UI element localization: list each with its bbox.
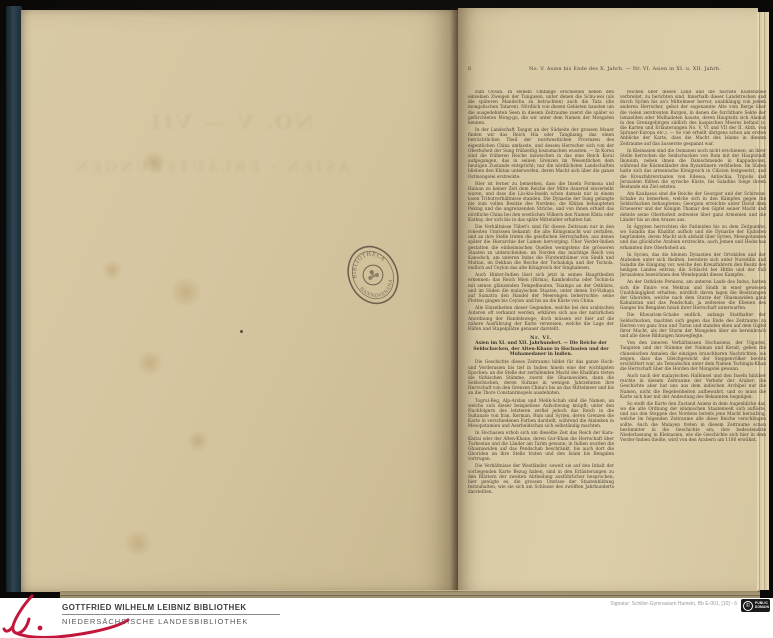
library-footer: GOTTFRIED WILHELM LEIBNIZ BIBLIOTHEK NIE… [0, 598, 773, 638]
foxing-spot [101, 260, 123, 280]
library-brand: GOTTFRIED WILHELM LEIBNIZ BIBLIOTHEK NIE… [62, 603, 292, 626]
foxing-spot [171, 275, 201, 309]
paragraph: Alle Einzelheiten dieser Gegenden, welch… [468, 306, 614, 332]
stamp-graphic: BIBLIOTHECA HANNOVERANA [336, 235, 410, 315]
section-heading: Nr. VI. Asien im XI. und XII. Jahrhunder… [468, 336, 614, 357]
brand-line1: GOTTFRIED WILHELM LEIBNIZ BIBLIOTHEK [62, 603, 292, 612]
paragraph: In Kleinasien sind die Osmanen noch nich… [620, 149, 766, 190]
screenshot-root: NO. V — VII ASIEN · ERLÄUTERUNGEN [0, 0, 773, 638]
column-body: reichen über dieses Land und die nächste… [620, 90, 766, 443]
paragraph: Auch Hinter-Indien lässt sich jetzt in s… [468, 273, 614, 304]
foxing-spot [186, 430, 210, 452]
paragraph: In der Landschaft Tangut an der Südseite… [468, 128, 614, 180]
paragraph: So stellt die Karte den Zustand Asiens i… [620, 402, 766, 443]
paragraph: zum Ocean. In seinem Umfange erschienen … [468, 90, 614, 126]
page-number: 6 [468, 66, 494, 72]
running-title: No. V. Asien bis Ende des X. Jahrh. — Nr… [494, 66, 756, 72]
paragraph: Hier ist ferner zu bemerken, dass die In… [468, 182, 614, 223]
paragraph: Auch nach der malayischen Halbinsel und … [620, 374, 766, 400]
column-part2: Die Geschichte dieses Zeitraums bildet f… [468, 360, 614, 495]
badge-label: PUBLIC DOMAIN [755, 602, 769, 609]
foxing-spot [141, 150, 167, 174]
paragraph: reichen über dieses Land und die nächste… [620, 90, 766, 147]
paragraph: An der Ostküste Persiens, am unteren Lau… [620, 280, 766, 311]
showthrough-text: NO. V — VII [51, 110, 411, 134]
text-column-left: zum Ocean. In seinem Umfange erschienen … [468, 90, 614, 582]
ink-speck [240, 330, 243, 333]
paragraph: Die Geschichte dieses Zeitraums bildet f… [468, 360, 614, 396]
left-page: NO. V — VII ASIEN · ERLÄUTERUNGEN [21, 10, 458, 592]
paragraph: In Ägypten herrschten die Fatimiden bis … [620, 225, 766, 251]
text-column-right: reichen über dieses Land und die nächste… [620, 90, 766, 582]
paragraph: In Syrien, das die kleinen Dynastien der… [620, 253, 766, 279]
section-title: Asien im XI. und XII. Jahrhundert. — Die… [468, 341, 614, 357]
paragraph: Die Verhältnisse Tübet's sind für diesen… [468, 225, 614, 271]
page-edges-bottom [60, 590, 760, 598]
shelfmark-text: Signatur: Schiller-Gymnasium Hameln, Bb … [610, 601, 737, 607]
paragraph: Togrul-Beg, Alp-Arslan und Melik-Schah s… [468, 399, 614, 430]
public-domain-icon: © [743, 601, 753, 611]
book-scan: NO. V — VII ASIEN · ERLÄUTERUNGEN [0, 0, 773, 600]
brand-divider [62, 614, 280, 615]
brand-line2: NIEDERSÄCHSISCHE LANDESBIBLIOTHEK [62, 617, 292, 626]
book-cover-edge [6, 6, 22, 592]
paragraph: Am Kaukasus sind die Reiche der Georgier… [620, 192, 766, 223]
showthrough-text: ASIEN · ERLÄUTERUNGEN [31, 160, 391, 176]
foxing-spot [121, 530, 155, 556]
paragraph: In Hochasien erhob sich um dieselbe Zeit… [468, 431, 614, 462]
paragraph: Die Verhältnisse der Westländer, soweit … [468, 464, 614, 495]
column-part1: zum Ocean. In seinem Umfange erschienen … [468, 90, 614, 332]
foxing-spot [136, 350, 164, 376]
paragraph: Die Khwarism-Schahe endlich, anfangs Sta… [620, 313, 766, 339]
paragraph: Von den inneren Verhältnissen Hochasiens… [620, 341, 766, 372]
library-stamp: BIBLIOTHECA HANNOVERANA [336, 235, 410, 315]
public-domain-badge[interactable]: © PUBLIC DOMAIN [741, 599, 770, 612]
page-header: 6 No. V. Asien bis Ende des X. Jahrh. — … [468, 66, 756, 72]
